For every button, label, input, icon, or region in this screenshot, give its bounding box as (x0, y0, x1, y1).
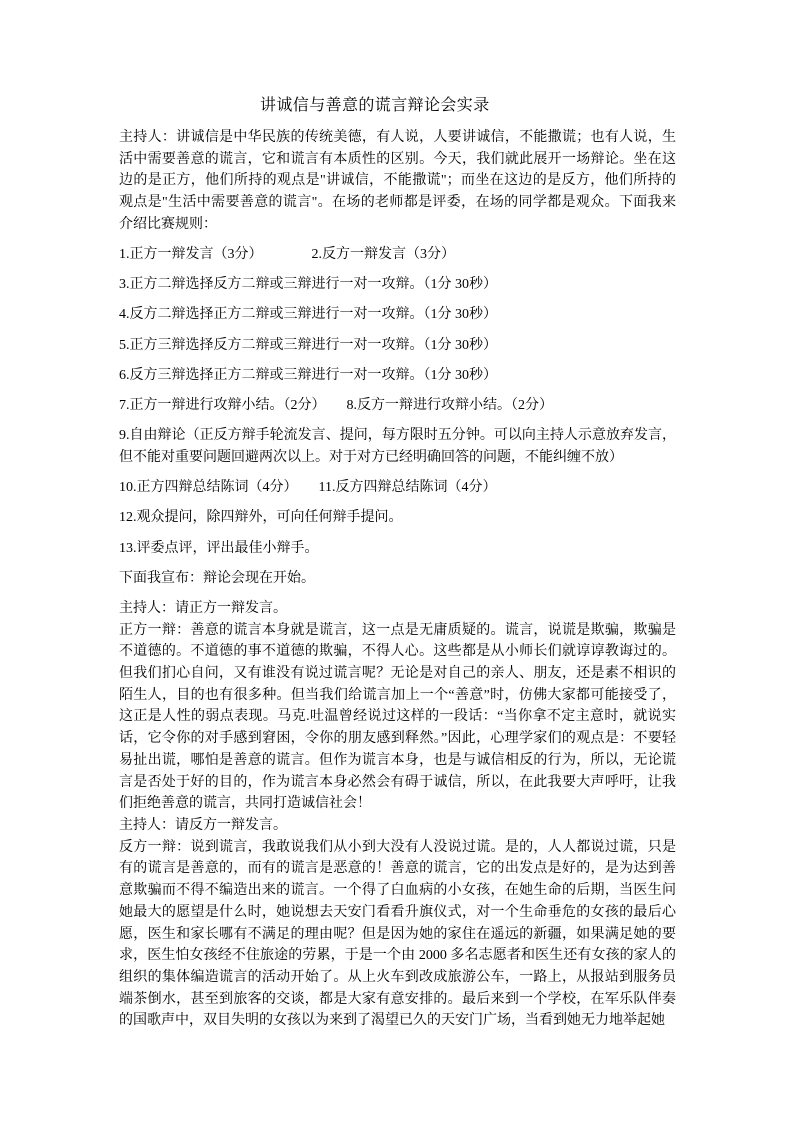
pro-first-debater-speech: 正方一辩：善意的谎言本身就是谎言，这一点是无庸质疑的。谎言，说谎是欺骗，欺骗是不… (119, 620, 676, 815)
con-first-debater-speech: 反方一辩：说到谎言，我敢说我们从小到大没有人没说过谎。是的，人人都说过谎，只是有… (119, 837, 676, 1032)
announcement-paragraph: 下面我宣布：辩论会现在开始。 (119, 568, 676, 590)
rule-item-9: 9.自由辩论（正反方辩手轮流发言、提问，每方限时五分钟。可以向主持人示意放弃发言… (119, 425, 676, 468)
rule-item-10-11: 10.正方四辩总结陈词（4分） 11.反方四辩总结陈词（4分） (119, 477, 676, 499)
host-intro-paragraph: 主持人：讲诚信是中华民族的传统美德，有人说，人要讲诚信，不能撒谎；也有人说，生活… (119, 127, 676, 236)
rule-item-4: 4.反方二辩选择正方二辩或三辩进行一对一攻辩。（1分 30秒） (119, 304, 676, 326)
rule-item-13: 13.评委点评，评出最佳小辩手。 (119, 538, 676, 560)
rule-item-12: 12.观众提问，除四辩外，可向任何辩手提问。 (119, 507, 676, 529)
host-call-con-line: 主持人：请反方一辩发言。 (119, 815, 676, 837)
host-call-pro-line: 主持人：请正方一辩发言。 (119, 598, 676, 620)
document-title: 讲诚信与善意的谎言辩论会实录 (119, 95, 676, 117)
rule-item-5: 5.正方三辩选择反方二辩或三辩进行一对一攻辩。（1分 30秒） (119, 335, 676, 357)
rule-item-1-2: 1.正方一辩发言（3分） 2.反方一辩发言（3分） (119, 244, 676, 266)
transcript-section: 主持人：请正方一辩发言。 正方一辩：善意的谎言本身就是谎言，这一点是无庸质疑的。… (119, 598, 676, 1032)
rule-item-7-8: 7.正方一辩进行攻辩小结。（2分） 8.反方一辩进行攻辩小结。（2分） (119, 395, 676, 417)
document-page: 讲诚信与善意的谎言辩论会实录 主持人：讲诚信是中华民族的传统美德，有人说，人要讲… (0, 0, 794, 1123)
rule-item-6: 6.反方三辩选择正方二辩或三辩进行一对一攻辩。（1分 30秒） (119, 365, 676, 387)
rule-item-3: 3.正方二辩选择反方二辩或三辩进行一对一攻辩。（1分 30秒） (119, 274, 676, 296)
